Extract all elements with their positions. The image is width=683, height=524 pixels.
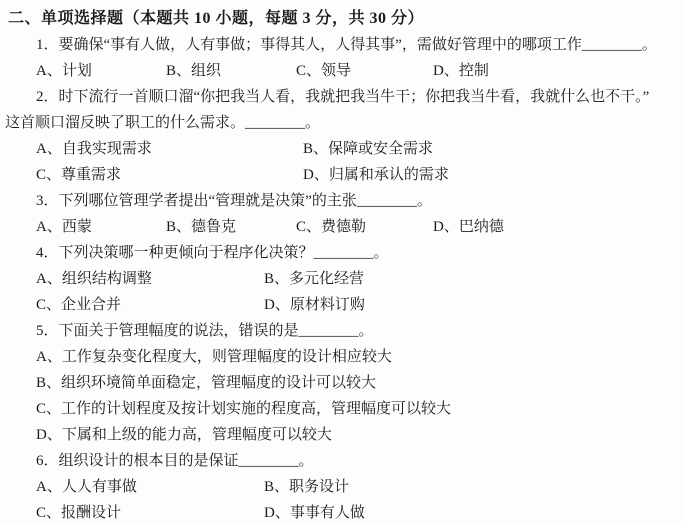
question-2-stem-line2: 这首顺口溜反映了职工的什么需求。________。 bbox=[0, 110, 683, 136]
question-5-option-c: C、工作的计划程度及按计划实施的程度高，管理幅度可以较大 bbox=[0, 396, 683, 422]
question-1-option-c: C、领导 bbox=[296, 58, 433, 84]
question-4-option-c: C、企业合并 bbox=[36, 292, 264, 318]
question-3-option-d: D、巴纳德 bbox=[433, 214, 504, 240]
question-1-option-d: D、控制 bbox=[433, 58, 489, 84]
question-5-option-d: D、下属和上级的能力高，管理幅度可以较大 bbox=[0, 422, 683, 448]
question-2-stem-line1: 2．时下流行一首顺口溜“你把我当人看，我就把我当牛干；你把我当牛看，我就什么也不… bbox=[0, 84, 683, 110]
question-6-option-a: A、人人有事做 bbox=[36, 474, 264, 500]
exam-page: 二、单项选择题（本题共 10 小题，每题 3 分，共 30 分） 1．要确保“事… bbox=[0, 0, 683, 524]
question-6-options-row2: C、报酬设计 D、事事有人做 bbox=[0, 500, 683, 524]
question-2-options-row1: A、自我实现需求 B、保障或安全需求 bbox=[0, 136, 683, 162]
question-1-stem: 1．要确保“事有人做，人有事做；事得其人，人得其事”，需做好管理中的哪项工作__… bbox=[0, 32, 683, 58]
question-6-option-c: C、报酬设计 bbox=[36, 500, 264, 524]
question-4-option-d: D、原材料订购 bbox=[264, 292, 365, 318]
question-4-option-b: B、多元化经营 bbox=[264, 266, 364, 292]
question-3-options: A、西蒙 B、德鲁克 C、费德勒 D、巴纳德 bbox=[0, 214, 683, 240]
question-2-options-row2: C、尊重需求 D、归属和承认的需求 bbox=[0, 162, 683, 188]
question-4-stem: 4．下列决策哪一种更倾向于程序化决策？________。 bbox=[0, 240, 683, 266]
question-1-option-a: A、计划 bbox=[36, 58, 166, 84]
question-5-stem: 5．下面关于管理幅度的说法，错误的是________。 bbox=[0, 318, 683, 344]
question-4-options-row1: A、组织结构调整 B、多元化经营 bbox=[0, 266, 683, 292]
question-2-option-c: C、尊重需求 bbox=[36, 162, 303, 188]
question-2-option-b: B、保障或安全需求 bbox=[303, 136, 433, 162]
question-3-option-c: C、费德勒 bbox=[296, 214, 433, 240]
question-2-option-a: A、自我实现需求 bbox=[36, 136, 303, 162]
question-6-stem: 6．组织设计的根本目的是保证________。 bbox=[0, 448, 683, 474]
question-1-options: A、计划 B、组织 C、领导 D、控制 bbox=[0, 58, 683, 84]
question-4-option-a: A、组织结构调整 bbox=[36, 266, 264, 292]
section-title: 二、单项选择题（本题共 10 小题，每题 3 分，共 30 分） bbox=[0, 6, 683, 32]
question-3-option-a: A、西蒙 bbox=[36, 214, 166, 240]
question-5-option-b: B、组织环境简单面稳定，管理幅度的设计可以较大 bbox=[0, 370, 683, 396]
question-1-option-b: B、组织 bbox=[166, 58, 296, 84]
question-6-options-row1: A、人人有事做 B、职务设计 bbox=[0, 474, 683, 500]
question-2-option-d: D、归属和承认的需求 bbox=[303, 162, 449, 188]
question-3-stem: 3．下列哪位管理学者提出“管理就是决策”的主张________。 bbox=[0, 188, 683, 214]
question-4-options-row2: C、企业合并 D、原材料订购 bbox=[0, 292, 683, 318]
question-3-option-b: B、德鲁克 bbox=[166, 214, 296, 240]
question-6-option-b: B、职务设计 bbox=[264, 474, 349, 500]
question-5-option-a: A、工作复杂变化程度大，则管理幅度的设计相应较大 bbox=[0, 344, 683, 370]
question-6-option-d: D、事事有人做 bbox=[264, 500, 365, 524]
